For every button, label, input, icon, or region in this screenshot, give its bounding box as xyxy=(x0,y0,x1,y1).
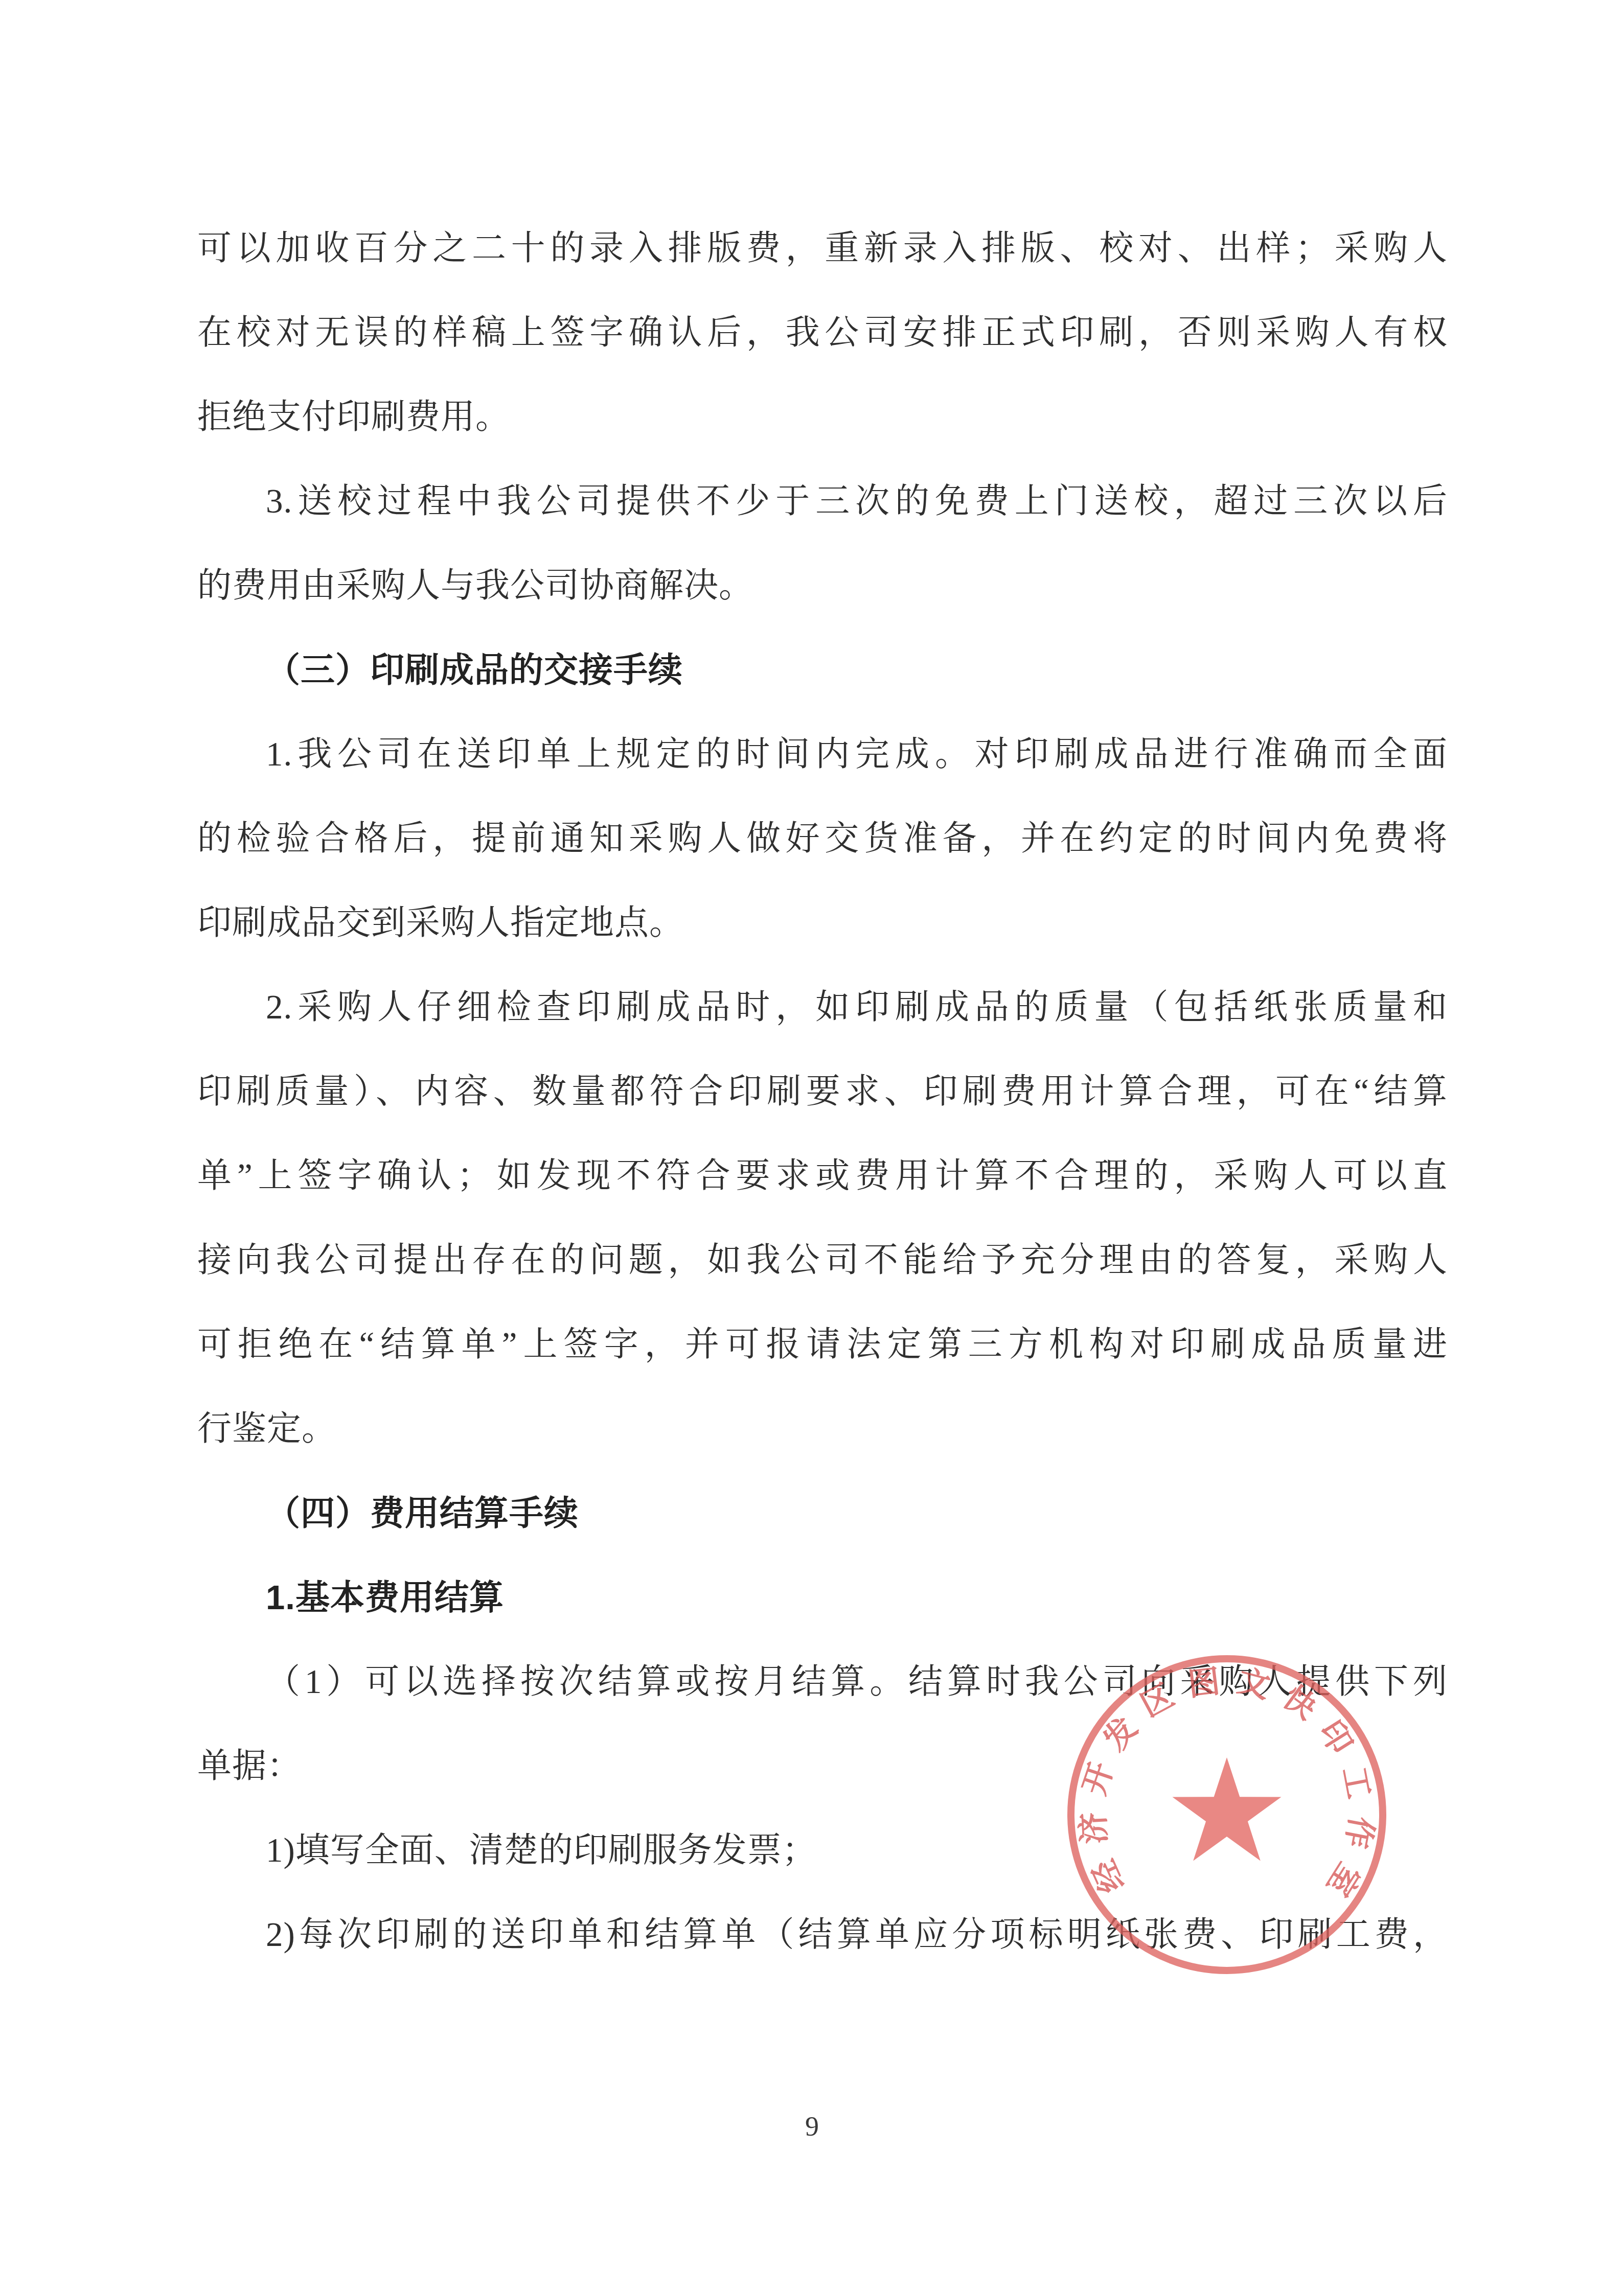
document-page: 可以加收百分之二十的录入排版费，重新录入排版、校对、出样；采购人在校对无误的样稿… xyxy=(0,0,1624,2296)
text-line: 单”上签字确认；如发现不符合要求或费用计算不合理的，采购人可以直 xyxy=(197,1134,1448,1218)
text-line: （1）可以选择按次结算或按月结算。结算时我公司向采购人提供下列 xyxy=(197,1640,1448,1724)
text-line: 1.基本费用结算 xyxy=(197,1556,1448,1640)
text-line: 的检验合格后，提前通知采购人做好交货准备，并在约定的时间内免费将 xyxy=(197,797,1448,881)
text-line: 3.送校过程中我公司提供不少于三次的免费上门送校，超过三次以后 xyxy=(197,459,1448,544)
text-line: 单据： xyxy=(197,1724,1448,1808)
text-line: 1)填写全面、清楚的印刷服务发票； xyxy=(197,1808,1448,1893)
text-line: 拒绝支付印刷费用。 xyxy=(197,375,1448,459)
text-line: 1.我公司在送印单上规定的时间内完成。对印刷成品进行准确而全面 xyxy=(197,712,1448,797)
text-line: （三）印刷成品的交接手续 xyxy=(197,628,1448,712)
text-line: 可以加收百分之二十的录入排版费，重新录入排版、校对、出样；采购人 xyxy=(197,206,1448,291)
page-number: 9 xyxy=(0,2111,1624,2142)
text-line: 的费用由采购人与我公司协商解决。 xyxy=(197,544,1448,628)
text-line: 可拒绝在“结算单”上签字，并可报请法定第三方机构对印刷成品质量进 xyxy=(197,1303,1448,1387)
text-line: 接向我公司提出存在的问题，如我公司不能给予充分理由的答复，采购人 xyxy=(197,1218,1448,1303)
text-line: 在校对无误的样稿上签字确认后，我公司安排正式印刷，否则采购人有权 xyxy=(197,291,1448,375)
text-line: （四）费用结算手续 xyxy=(197,1471,1448,1556)
text-line: 印刷质量）、内容、数量都符合印刷要求、印刷费用计算合理，可在“结算 xyxy=(197,1050,1448,1134)
text-line: 2.采购人仔细检查印刷成品时，如印刷成品的质量（包括纸张质量和 xyxy=(197,965,1448,1050)
body-text: 可以加收百分之二十的录入排版费，重新录入排版、校对、出样；采购人在校对无误的样稿… xyxy=(197,206,1448,1977)
text-line: 2)每次印刷的送印单和结算单（结算单应分项标明纸张费、印刷工费， xyxy=(197,1893,1448,1977)
text-line: 行鉴定。 xyxy=(197,1387,1448,1471)
text-line: 印刷成品交到采购人指定地点。 xyxy=(197,881,1448,965)
